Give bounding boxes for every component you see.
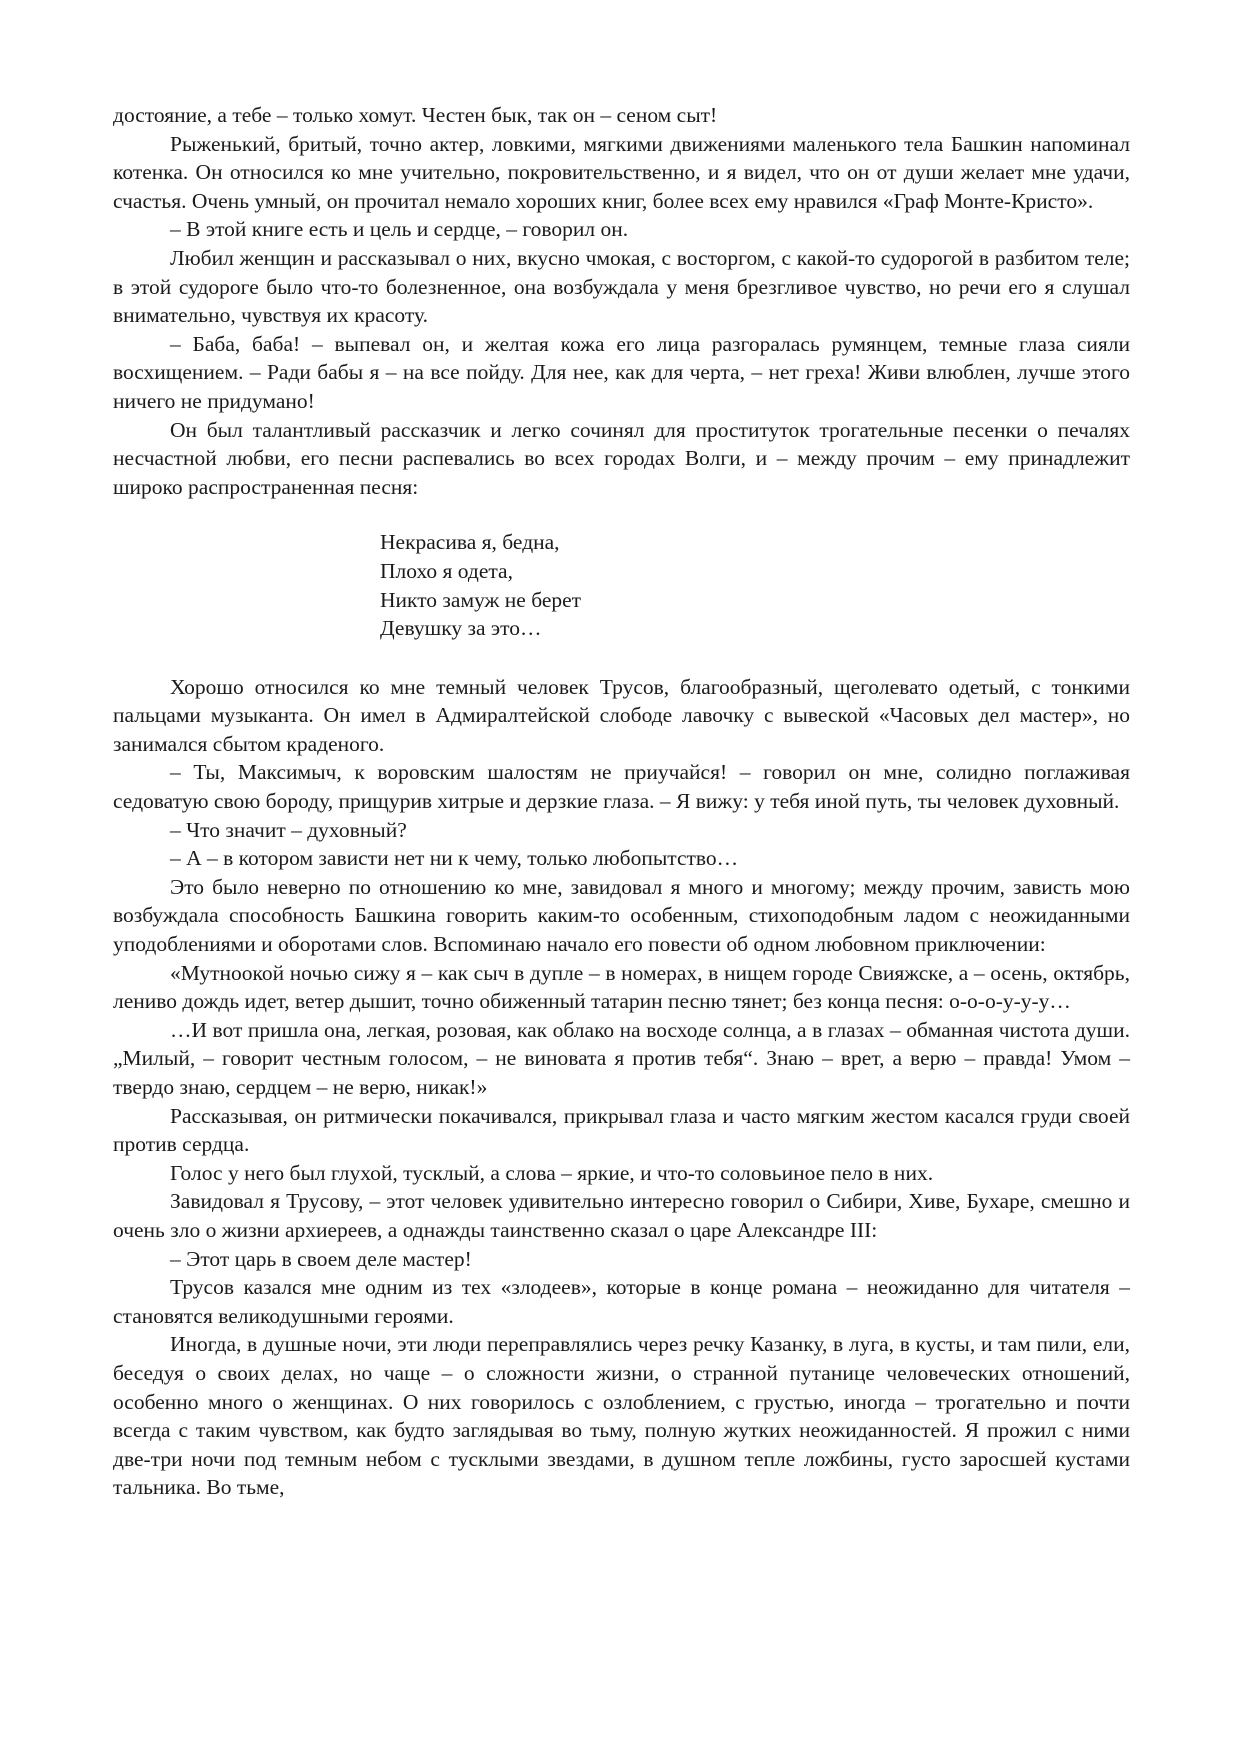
paragraph: Иногда, в душные ночи, эти люди переправ… bbox=[113, 1330, 1130, 1502]
quoted-paragraph: …И вот пришла она, легкая, розовая, как … bbox=[113, 1016, 1130, 1102]
paragraph: Голос у него был глухой, тусклый, а слов… bbox=[113, 1159, 1130, 1188]
poem-line: Девушку за это… bbox=[380, 614, 1130, 643]
poem-line: Никто замуж не берет bbox=[380, 586, 1130, 615]
paragraph: Рассказывая, он ритмически покачивался, … bbox=[113, 1102, 1130, 1159]
poem-line: Некрасива я, бедна, bbox=[380, 528, 1130, 557]
paragraph: Завидовал я Трусову, – этот человек удив… bbox=[113, 1187, 1130, 1244]
dialogue-paragraph: – А – в котором зависти нет ни к чему, т… bbox=[113, 844, 1130, 873]
dialogue-paragraph: – Что значит – духовный? bbox=[113, 816, 1130, 845]
quoted-paragraph: «Мутноокой ночью сижу я – как сыч в дупл… bbox=[113, 959, 1130, 1016]
dialogue-paragraph: – Баба, баба! – выпевал он, и желтая кож… bbox=[113, 330, 1130, 416]
dialogue-paragraph: – Этот царь в своем деле мастер! bbox=[113, 1245, 1130, 1274]
paragraph: Трусов казался мне одним из тех «злодеев… bbox=[113, 1273, 1130, 1330]
paragraph: Хорошо относился ко мне темный человек Т… bbox=[113, 673, 1130, 759]
paragraph: Рыженький, бритый, точно актер, ловкими,… bbox=[113, 130, 1130, 216]
paragraph: достояние, а тебе – только хомут. Честен… bbox=[113, 101, 1130, 130]
paragraph: Он был талантливый рассказчик и легко со… bbox=[113, 416, 1130, 502]
paragraph: Любил женщин и рассказывал о них, вкусно… bbox=[113, 244, 1130, 330]
dialogue-paragraph: – В этой книге есть и цель и сердце, – г… bbox=[113, 215, 1130, 244]
poem-stanza: Некрасива я, бедна, Плохо я одета, Никто… bbox=[380, 528, 1130, 642]
dialogue-paragraph: – Ты, Максимыч, к воровским шалостям не … bbox=[113, 758, 1130, 815]
poem-line: Плохо я одета, bbox=[380, 557, 1130, 586]
document-page: достояние, а тебе – только хомут. Честен… bbox=[113, 101, 1130, 1502]
paragraph: Это было неверно по отношению ко мне, за… bbox=[113, 873, 1130, 959]
